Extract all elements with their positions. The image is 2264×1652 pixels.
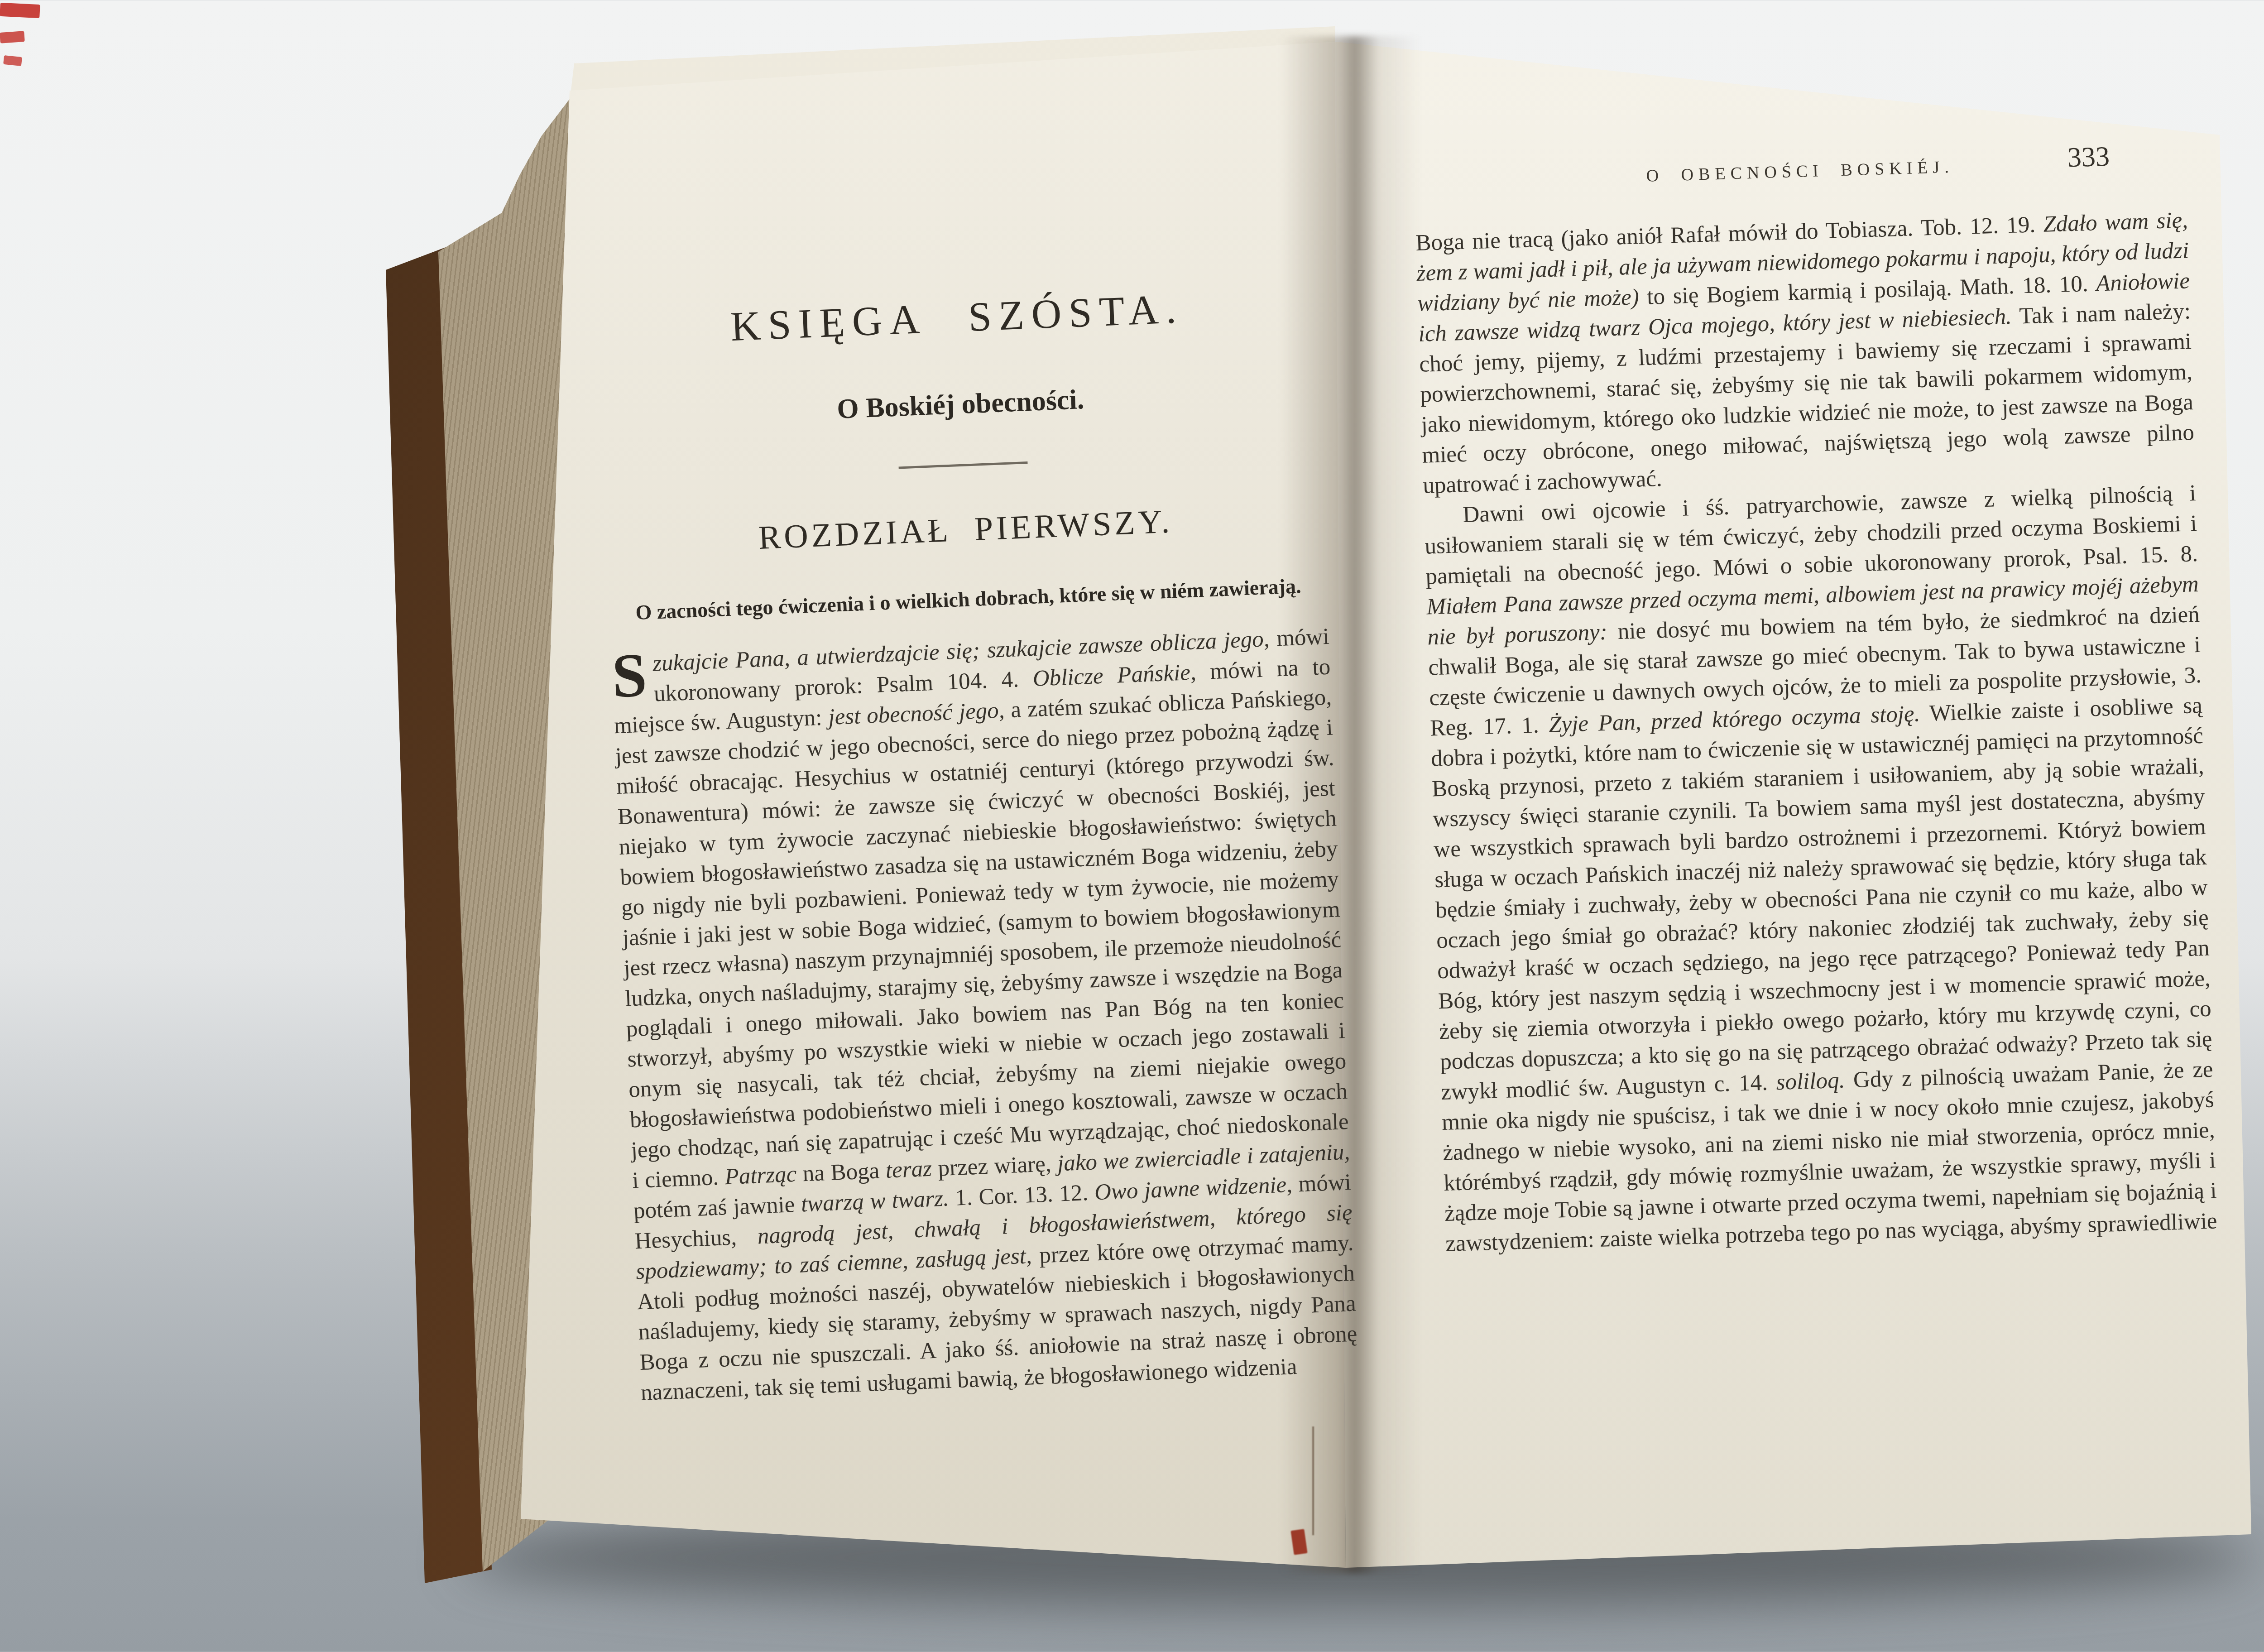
book-subtitle: O Boskiéj obecności. <box>601 374 1320 435</box>
gutter-crease <box>1312 1426 1314 1535</box>
left-page-text: KSIĘGA SZÓSTA. O Boskiéj obecności. ROZD… <box>596 245 1359 1408</box>
book-photo: KSIĘGA SZÓSTA. O Boskiéj obecności. ROZD… <box>0 0 2264 1652</box>
section-divider-rule <box>898 461 1027 469</box>
left-paragraph-text: zukajcie Pana, a utwierdzajcie się; szuk… <box>614 624 1357 1406</box>
red-stain <box>0 3 40 19</box>
red-stain <box>0 31 25 43</box>
chapter-title: ROZDZIAŁ PIERWSZY. <box>606 496 1325 564</box>
right-page-text: O OBECNOŚCI BOSKIÉJ. Boga nie tracą (jak… <box>1414 150 2218 1259</box>
right-page-paragraph-1: Boga nie tracą (jako aniół Rafał mówił d… <box>1415 205 2196 501</box>
section-heading: O zacności tego ćwiczenia i o wielkich d… <box>633 573 1304 626</box>
red-stain <box>3 55 22 66</box>
right-page-paragraph-2: Dawni owi ojcowie i śś. patryarchowie, z… <box>1424 478 2218 1259</box>
left-page-paragraph: Szukajcie Pana, a utwierdzajcie się; szu… <box>611 622 1359 1408</box>
book-title: KSIĘGA SZÓSTA. <box>597 279 1317 356</box>
drop-cap: S <box>611 649 654 700</box>
